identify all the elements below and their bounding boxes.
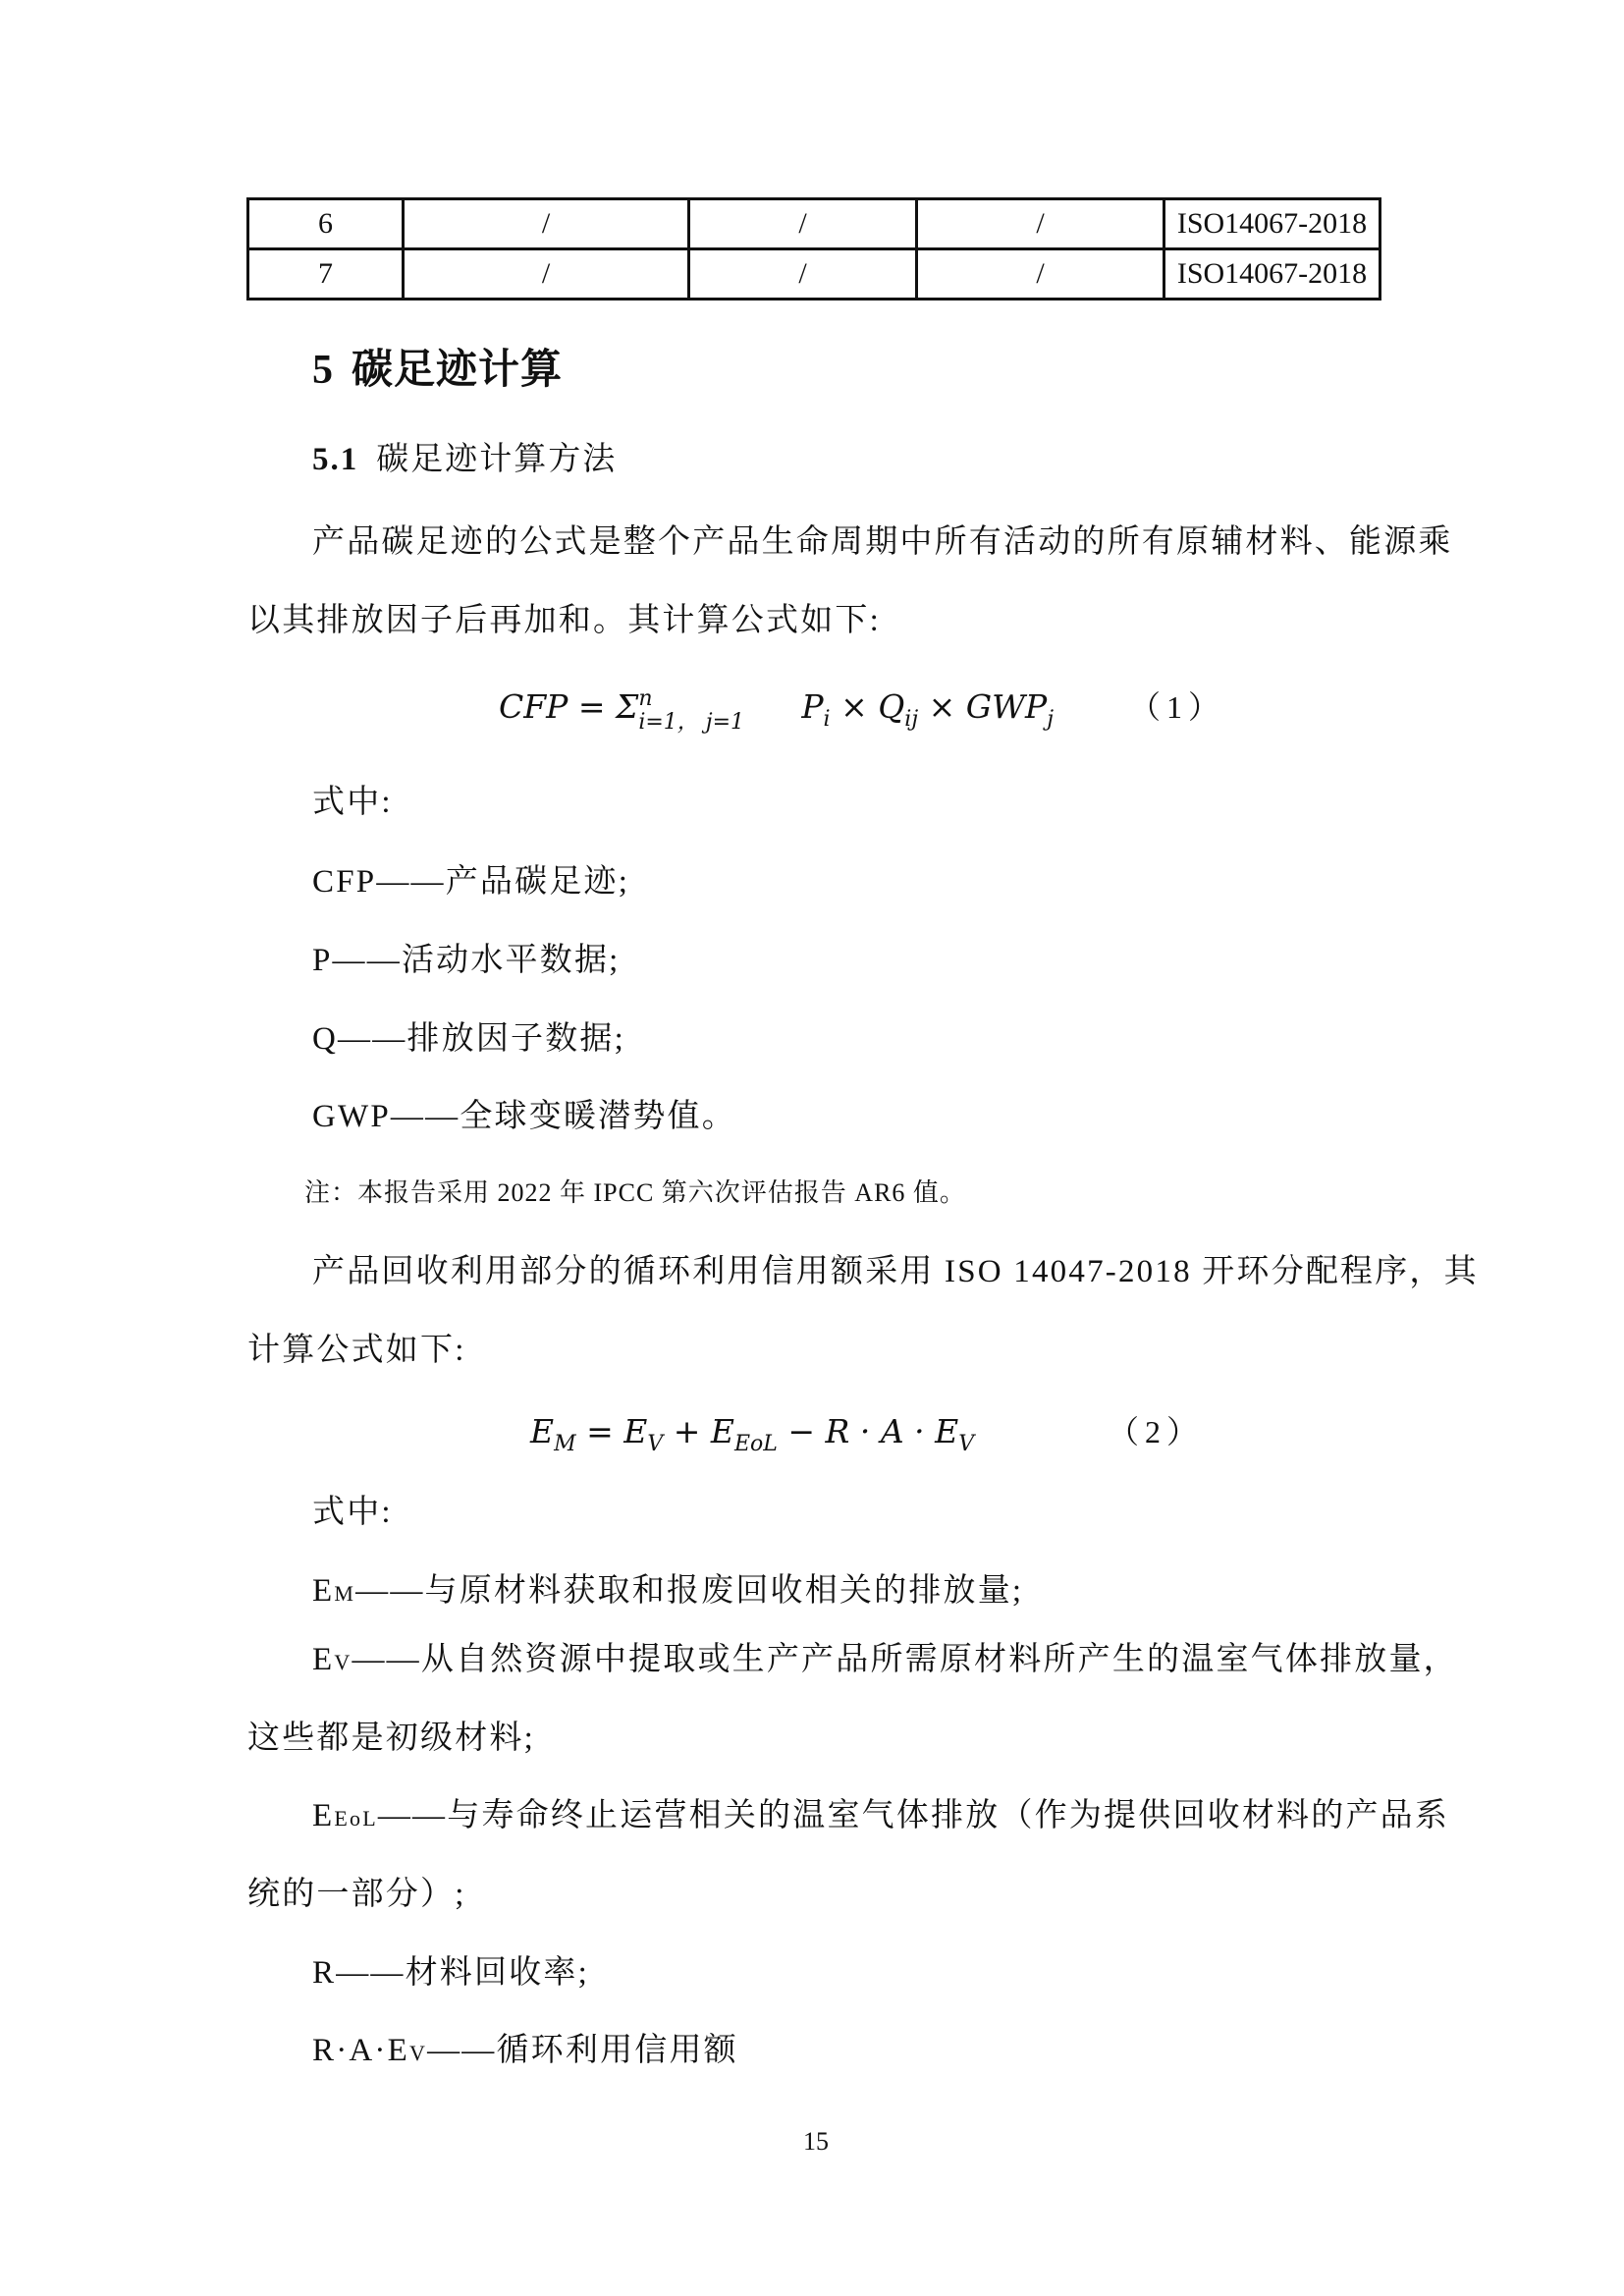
paragraph-line: 产品碳足迹的公式是整个产品生命周期中所有活动的所有原辅材料、能源乘 <box>312 520 1453 564</box>
table-row: 7 / / / ISO14067-2018 <box>248 249 1380 300</box>
table-cell: / <box>917 249 1164 300</box>
definition-text: ——循环利用信用额 <box>427 2033 738 2068</box>
definition-q: Q——排放因子数据; <box>312 1017 625 1061</box>
var-gwp: GWP <box>966 687 1047 726</box>
table-cell-index: 7 <box>248 249 404 300</box>
symbol-sub: V <box>409 2041 427 2065</box>
table-cell: / <box>404 249 689 300</box>
table-cell: / <box>689 199 917 249</box>
standards-table: 6 / / / ISO14067-2018 7 / / / ISO14067-2… <box>246 197 1381 301</box>
var-e: E <box>530 1412 554 1450</box>
times-op: × <box>918 687 966 726</box>
table-cell-standard: ISO14067-2018 <box>1164 249 1380 300</box>
where-label: 式中: <box>312 781 393 824</box>
sum-limits: ni=1， j=1 <box>638 685 801 729</box>
sub-eol: EoL <box>734 1432 778 1456</box>
table-cell: / <box>917 199 1164 249</box>
definition-cfp: CFP——产品碳足迹; <box>312 860 629 903</box>
table-cell-standard: ISO14067-2018 <box>1164 199 1380 249</box>
definition-eeol-continued: 统的一部分）; <box>247 1873 466 1916</box>
note: 注：本报告采用 2022 年 IPCC 第六次评估报告 AR6 值。 <box>304 1175 966 1211</box>
subsection-heading: 5.1碳足迹计算方法 <box>312 438 617 481</box>
definition-gwp: GWP——全球变暖潜势值。 <box>312 1095 736 1138</box>
var-e: E <box>711 1412 734 1450</box>
page-number: 15 <box>803 2127 829 2157</box>
table-row: 6 / / / ISO14067-2018 <box>248 199 1380 249</box>
sub-m: M <box>554 1432 576 1456</box>
definition-text: ——从自然资源中提取或生产产品所需原材料所产生的温室气体排放量， <box>352 1642 1457 1677</box>
paragraph-line: 计算公式如下: <box>247 1329 466 1372</box>
sub-v: V <box>647 1432 663 1456</box>
table-cell: / <box>689 249 917 300</box>
symbol-sub: V <box>334 1650 352 1674</box>
section-heading: 5碳足迹计算 <box>312 344 563 396</box>
paragraph-line: 以其排放因子后再加和。其计算公式如下: <box>247 599 881 642</box>
var-e: E <box>623 1412 647 1450</box>
symbol-base: E <box>312 1642 334 1677</box>
definition-r: R——材料回收率; <box>312 1951 589 1995</box>
table-cell: / <box>404 199 689 249</box>
times-op: × <box>831 687 879 726</box>
equation-lhs: CFP = Σ <box>499 687 638 726</box>
where-label: 式中: <box>312 1491 393 1534</box>
equation-number: （2） <box>1108 1410 1204 1453</box>
symbol-base: R·A·E <box>312 2033 409 2068</box>
symbol-base: E <box>312 1573 334 1609</box>
plus-op: + <box>663 1412 711 1450</box>
sum-lower: i=1， j=1 <box>638 701 744 744</box>
sub-j: j <box>1047 707 1054 732</box>
equation-cfp: CFP = Σni=1， j=1Pi × Qij × GWPj <box>499 685 1054 741</box>
symbol-sub: EoL <box>334 1806 377 1831</box>
paragraph-line: 产品回收利用部分的循环利用信用额采用 ISO 14047-2018 开环分配程序… <box>312 1250 1479 1293</box>
var-e: E <box>935 1412 958 1450</box>
equals-op: = <box>576 1412 624 1450</box>
section-title: 碳足迹计算 <box>352 345 563 393</box>
sub-v: V <box>958 1432 974 1456</box>
definition-text: ——与原材料获取和报废回收相关的排放量; <box>355 1573 1023 1609</box>
sub-i: i <box>824 707 831 732</box>
var-p: P <box>801 687 823 726</box>
definition-text: ——与寿命终止运营相关的温室气体排放（作为提供回收材料的产品系 <box>378 1798 1449 1833</box>
definition-ev-continued: 这些都是初级材料; <box>247 1717 535 1760</box>
table-cell-index: 6 <box>248 199 404 249</box>
symbol-base: E <box>312 1798 334 1833</box>
equation-em: EM = EV + EEoL − R · A · EV <box>530 1410 974 1466</box>
subsection-title: 碳足迹计算方法 <box>376 442 617 477</box>
equation-number: （1） <box>1129 685 1225 729</box>
minus-term: − R · A · <box>778 1412 935 1450</box>
section-number: 5 <box>312 348 334 393</box>
var-q: Q <box>878 687 904 726</box>
definition-em: EM——与原材料获取和报废回收相关的排放量; <box>312 1569 1023 1613</box>
definition-ev: EV——从自然资源中提取或生产产品所需原材料所产生的温室气体排放量， <box>312 1638 1458 1681</box>
definition-p: P——活动水平数据; <box>312 939 621 982</box>
subsection-number: 5.1 <box>312 442 358 477</box>
sub-ij: ij <box>904 707 918 732</box>
symbol-sub: M <box>334 1581 355 1606</box>
definition-rae: R·A·EV——循环利用信用额 <box>312 2029 738 2072</box>
definition-eeol: EEoL——与寿命终止运营相关的温室气体排放（作为提供回收材料的产品系 <box>312 1794 1449 1837</box>
